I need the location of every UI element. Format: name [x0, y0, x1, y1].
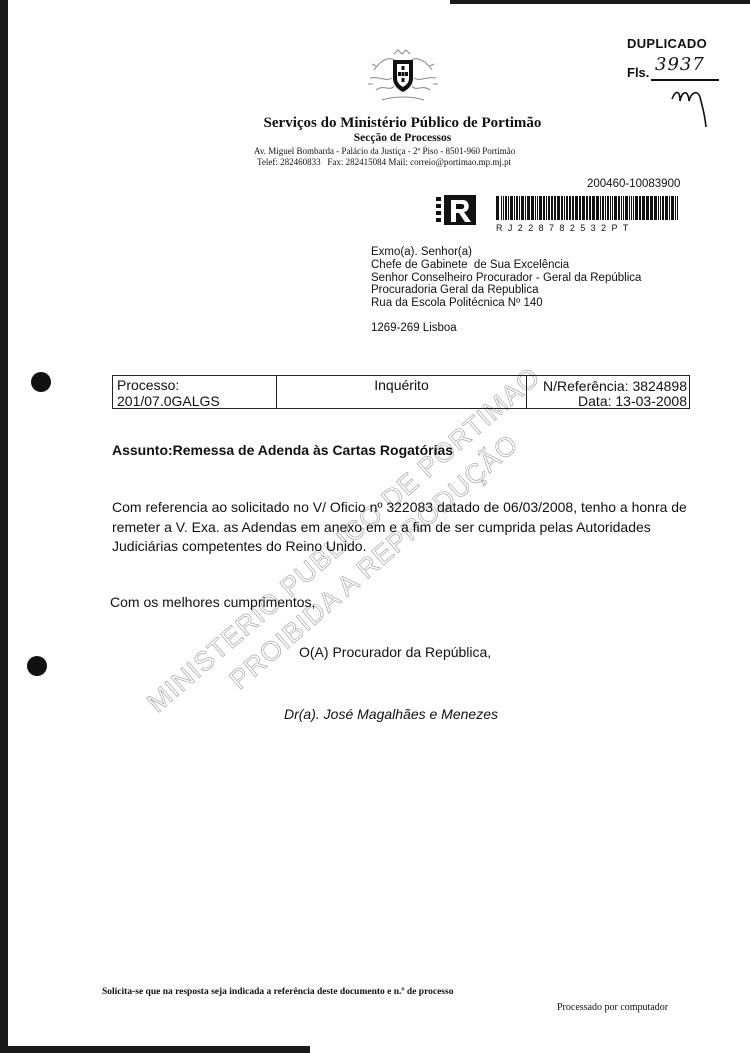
- contact-line: Telef: 282460833 Fax: 282415084 Mail: co…: [257, 157, 515, 168]
- processed-by-computer: Processado por computador: [557, 1002, 668, 1013]
- registered-r-icon: [436, 195, 478, 225]
- addressee-line: Procuradoria Geral da Republica: [371, 284, 641, 297]
- fls-label: Fls.: [627, 65, 649, 80]
- addressee-line: Rua da Escola Politécnica Nº 140: [371, 297, 641, 310]
- duplicado-stamp: DUPLICADO: [627, 36, 707, 51]
- portuguese-coat-of-arms-icon: [364, 48, 442, 106]
- addressee-line: Chefe de Gabinete de Sua Excelência: [371, 259, 641, 272]
- scan-edge-top: [450, 0, 750, 4]
- section-title: Secção de Processos: [0, 132, 750, 144]
- our-reference: N/Referência: 3824898: [527, 379, 687, 394]
- process-type: Inquérito: [277, 376, 527, 408]
- fls-number-handwritten: 3937: [655, 54, 705, 75]
- address-line: Av. Miguel Bombarda - Palácio da Justiça…: [254, 146, 515, 157]
- addressee-line: Senhor Conselheiro Procurador - Geral da…: [371, 272, 641, 285]
- addressee-block: Exmo(a). Senhor(a) Chefe de Gabinete de …: [371, 246, 641, 310]
- office-address: Av. Miguel Bombarda - Palácio da Justiça…: [254, 146, 515, 168]
- reference-date-cell: N/Referência: 3824898 Data: 13-03-2008: [527, 376, 689, 408]
- punch-hole: [31, 372, 51, 392]
- subject-line: Assunto:Remessa de Adenda às Cartas Roga…: [112, 442, 453, 458]
- scan-edge-left: [0, 0, 8, 1053]
- document-number: 200460-10083900: [587, 178, 680, 190]
- process-number: Processo: 201/07.0GALGS: [113, 376, 277, 408]
- scan-edge-bottom: [0, 1046, 310, 1053]
- barcode-text: RJ228782532PT: [496, 223, 678, 233]
- footer-note: Solicita-se que na resposta seja indicad…: [102, 987, 453, 997]
- office-title: Serviços do Ministério Público de Portim…: [0, 115, 750, 132]
- barcode: [496, 196, 678, 220]
- document-date: Data: 13-03-2008: [527, 394, 687, 409]
- closing-salutation: Com os melhores cumprimentos,: [110, 594, 315, 610]
- addressee-city: 1269-269 Lisboa: [371, 322, 457, 334]
- addressee-line: Exmo(a). Senhor(a): [371, 246, 641, 259]
- letter-body: Com referencia ao solicitado no V/ Ofici…: [112, 498, 692, 557]
- fls-underline: [651, 79, 719, 81]
- signer-name: Dr(a). José Magalhães e Menezes: [284, 706, 498, 722]
- signer-title: O(A) Procurador da República,: [299, 644, 491, 660]
- punch-hole: [27, 656, 47, 676]
- reference-table: Processo: 201/07.0GALGS Inquérito N/Refe…: [112, 375, 690, 409]
